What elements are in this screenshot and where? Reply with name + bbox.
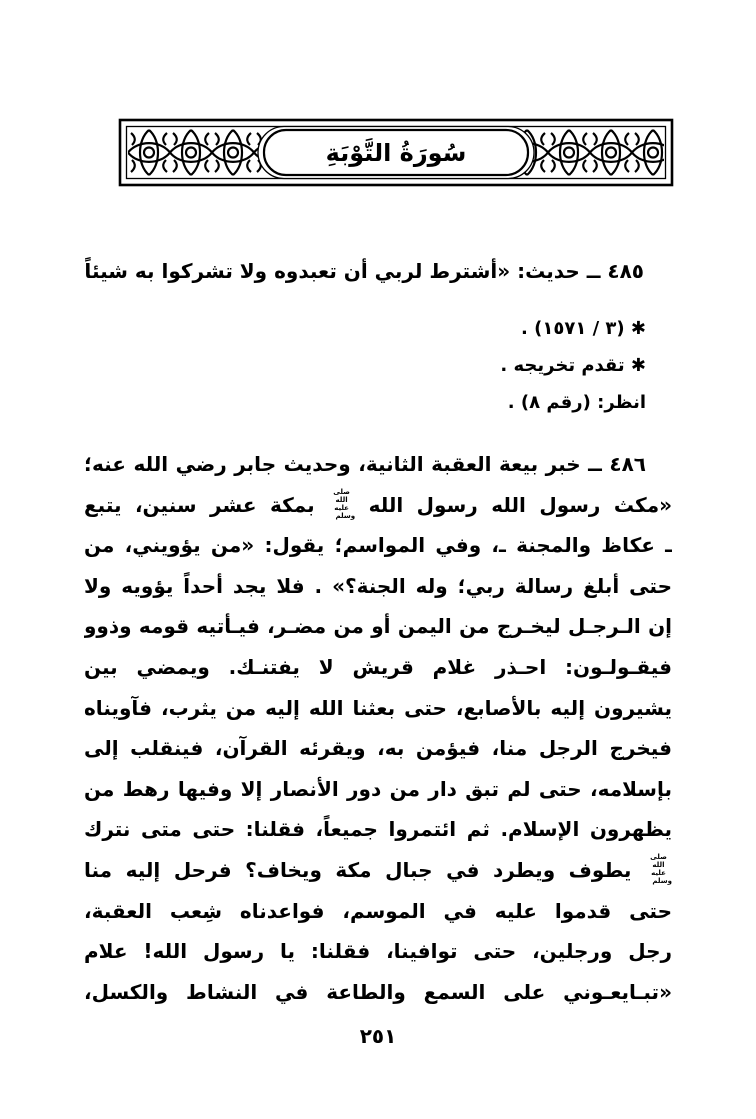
hadith-486-line: يشيرون إليه بالأصابع، حتى بعثنا الله إلي… — [84, 688, 672, 729]
ornamental-border-icon: سُورَةُ التَّوْبَةِ — [118, 118, 674, 187]
footnote-takhrij: ✱ تقدم تخريجه . — [84, 349, 672, 383]
hadith-486-line-text: «مكث رسول الله رسول الله — [369, 493, 672, 517]
hadith-486-line: «تبـايعـوني على السمع والطاعة في النشاط … — [84, 972, 672, 1013]
hadith-485-heading: ٤٨٥ ــ حديث: «أشترط لربي أن تعبدوه ولا ت… — [84, 251, 672, 291]
hadith-486-line: إن الـرجـل ليخـرج من اليمن أو من مضـر، ف… — [84, 606, 672, 647]
saw-symbol: صلى الله عليه وسلم — [645, 854, 672, 885]
hadith-486-line: يظهرون الإسلام. ثم ائتمروا جميعاً، فقلنا… — [84, 809, 672, 850]
hadith-486-line: «مكث رسول الله رسول الله صلى الله عليه و… — [84, 485, 672, 526]
hadith-486-line: ـ عكاظ والمجنة ـ، وفي المواسم؛ يقول: «من… — [84, 525, 672, 566]
hadith-486-line: فيخرج الرجل منا، فيؤمن به، ويقرئه القرآن… — [84, 728, 672, 769]
hadith-486-line-text: يطوف ويطرد في جبال مكة ويخاف؟ فرحل إليه … — [84, 858, 672, 891]
surah-title: سُورَةُ التَّوْبَةِ — [326, 137, 467, 167]
saw-symbol: صلى الله عليه وسلم — [328, 489, 355, 520]
hadith-486-line: رجل ورجلين، حتى توافينا، فقلنا: يا رسول … — [84, 931, 672, 972]
hadith-entry-486: ٤٨٦ ــ خبر بيعة العقبة الثانية، وحديث جا… — [84, 444, 672, 1012]
surah-header-ornament: سُورَةُ التَّوْبَةِ — [118, 118, 674, 187]
book-page: سُورَةُ التَّوْبَةِ ٤٨٥ ــ حديث: «أشترط … — [0, 0, 756, 1119]
hadith-486-line: ٤٨٦ ــ خبر بيعة العقبة الثانية، وحديث جا… — [84, 444, 672, 485]
footnote-see-reference: انظر: (رقم ٨) . — [84, 386, 672, 420]
hadith-486-line: صلى الله عليه وسلم يطوف ويطرد في جبال مك… — [84, 850, 672, 891]
hadith-486-line: حتى قدموا عليه في الموسم، فواعدناه شِعب … — [84, 891, 672, 932]
hadith-486-line: حتى أبلغ رسالة ربي؛ وله الجنة؟» . فلا يج… — [84, 566, 672, 607]
hadith-486-line: بإسلامه، حتى لم تبق دار من دور الأنصار إ… — [84, 769, 672, 810]
footnote-volume-page: ✱ (٣ / ١٥٧١) . — [84, 312, 672, 346]
hadith-486-line: فيقـولـون: احـذر غلام قريش لا يفتنـك. وي… — [84, 647, 672, 688]
page-number: ٢٥١ — [0, 1021, 756, 1051]
